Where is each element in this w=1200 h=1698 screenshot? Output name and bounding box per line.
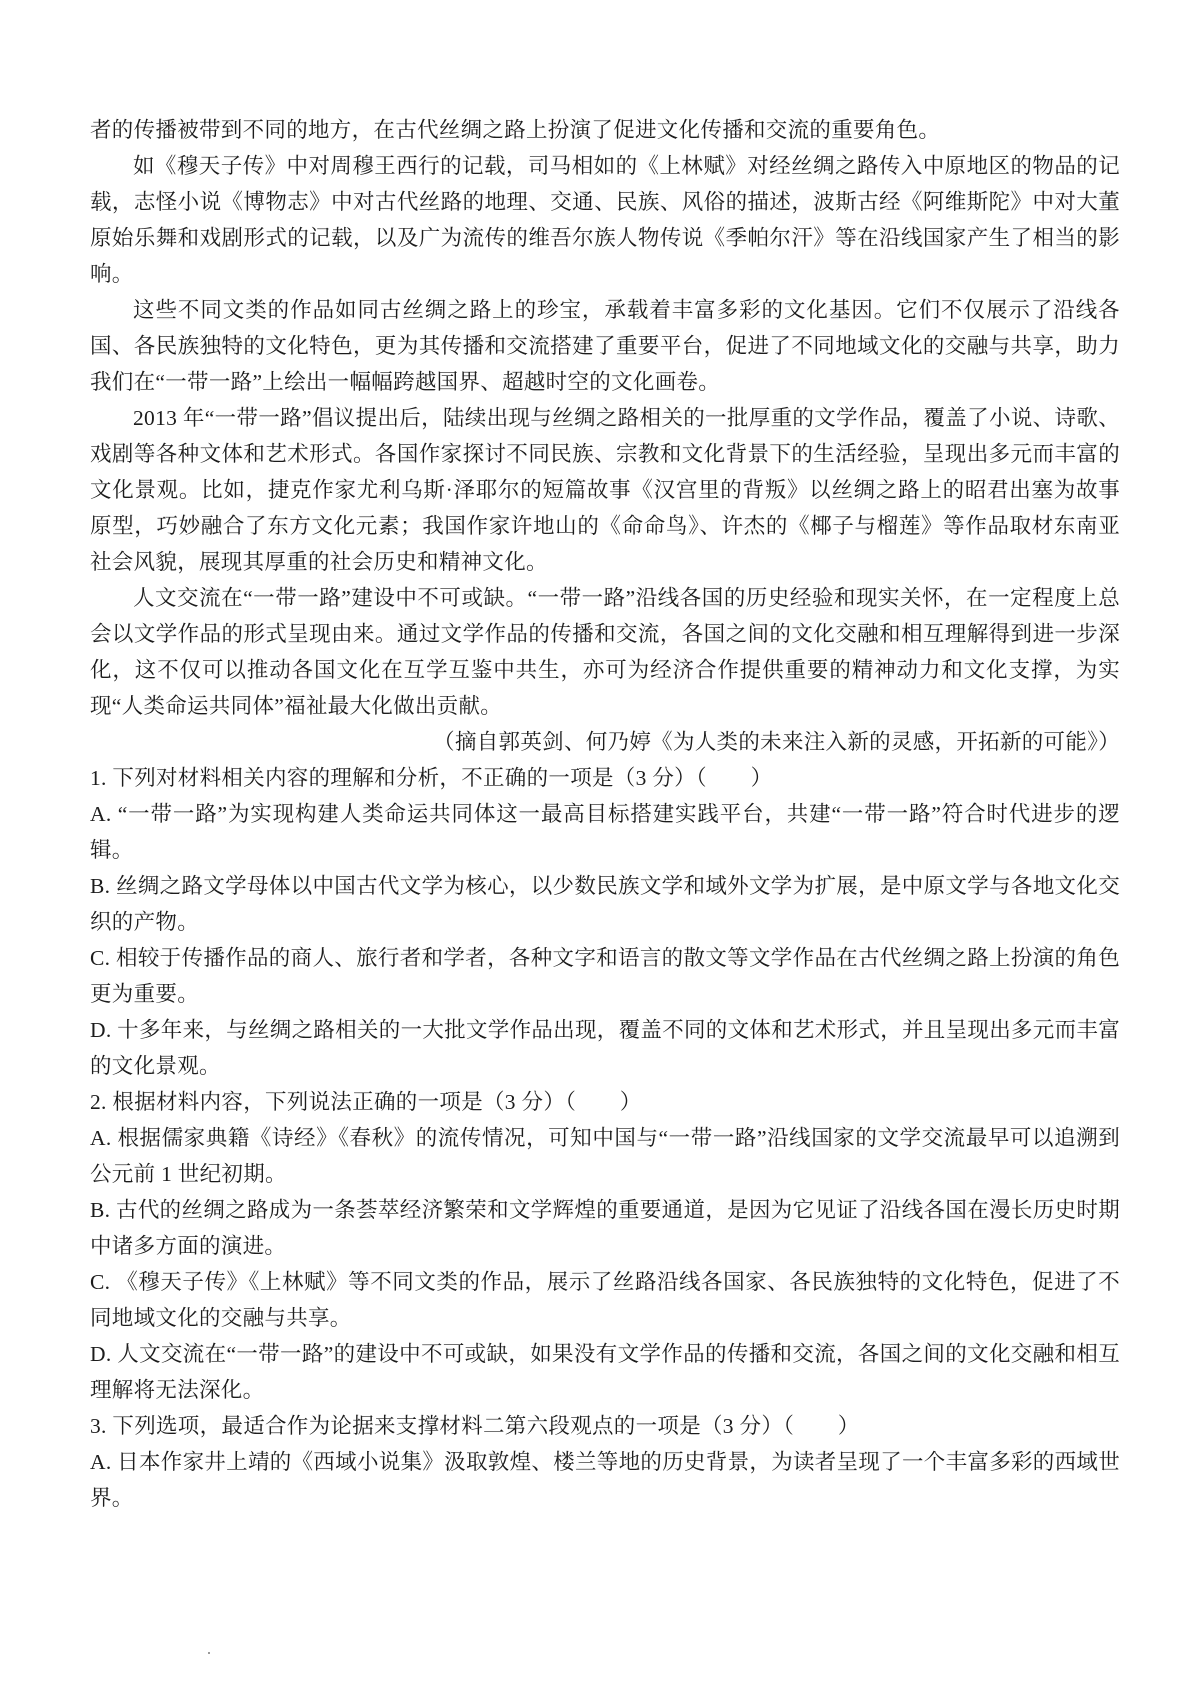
exam-page-text-block: 者的传播被带到不同的地方，在古代丝绸之路上扮演了促进文化传播和交流的重要角色。 …	[90, 112, 1120, 1516]
question-3-option-a: A. 日本作家井上靖的《西域小说集》汲取敦煌、楼兰等地的历史背景，为读者呈现了一…	[90, 1444, 1120, 1516]
body-paragraph: 2013 年“一带一路”倡议提出后，陆续出现与丝绸之路相关的一批厚重的文学作品，…	[90, 400, 1120, 580]
scan-artifact-dot	[208, 1652, 210, 1654]
body-paragraph: 这些不同文类的作品如同古丝绸之路上的珍宝，承载着丰富多彩的文化基因。它们不仅展示…	[90, 292, 1120, 400]
question-1-option-c: C. 相较于传播作品的商人、旅行者和学者，各种文字和语言的散文等文学作品在古代丝…	[90, 940, 1120, 1012]
question-1-option-b: B. 丝绸之路文学母体以中国古代文学为核心，以少数民族文学和域外文学为扩展，是中…	[90, 868, 1120, 940]
source-attribution: （摘自郭英剑、何乃婷《为人类的未来注入新的灵感，开拓新的可能》）	[90, 724, 1120, 760]
question-1-option-a: A. “一带一路”为实现构建人类命运共同体这一最高目标搭建实践平台，共建“一带一…	[90, 796, 1120, 868]
question-2-stem: 2. 根据材料内容，下列说法正确的一项是（3 分）（ ）	[90, 1084, 1120, 1120]
question-2-option-a: A. 根据儒家典籍《诗经》《春秋》的流传情况，可知中国与“一带一路”沿线国家的文…	[90, 1120, 1120, 1192]
question-2-option-d: D. 人文交流在“一带一路”的建设中不可或缺，如果没有文学作品的传播和交流，各国…	[90, 1336, 1120, 1408]
question-2-option-c: C. 《穆天子传》《上林赋》等不同文类的作品，展示了丝路沿线各国家、各民族独特的…	[90, 1264, 1120, 1336]
question-3-stem: 3. 下列选项，最适合作为论据来支撑材料二第六段观点的一项是（3 分）（ ）	[90, 1408, 1120, 1444]
question-1-stem: 1. 下列对材料相关内容的理解和分析，不正确的一项是（3 分）（ ）	[90, 760, 1120, 796]
body-paragraph-continuation: 者的传播被带到不同的地方，在古代丝绸之路上扮演了促进文化传播和交流的重要角色。	[90, 112, 1120, 148]
question-1-option-d: D. 十多年来，与丝绸之路相关的一大批文学作品出现，覆盖不同的文体和艺术形式，并…	[90, 1012, 1120, 1084]
body-paragraph: 人文交流在“一带一路”建设中不可或缺。“一带一路”沿线各国的历史经验和现实关怀，…	[90, 580, 1120, 724]
question-2-option-b: B. 古代的丝绸之路成为一条荟萃经济繁荣和文学辉煌的重要通道，是因为它见证了沿线…	[90, 1192, 1120, 1264]
body-paragraph: 如《穆天子传》中对周穆王西行的记载，司马相如的《上林赋》对经丝绸之路传入中原地区…	[90, 148, 1120, 292]
